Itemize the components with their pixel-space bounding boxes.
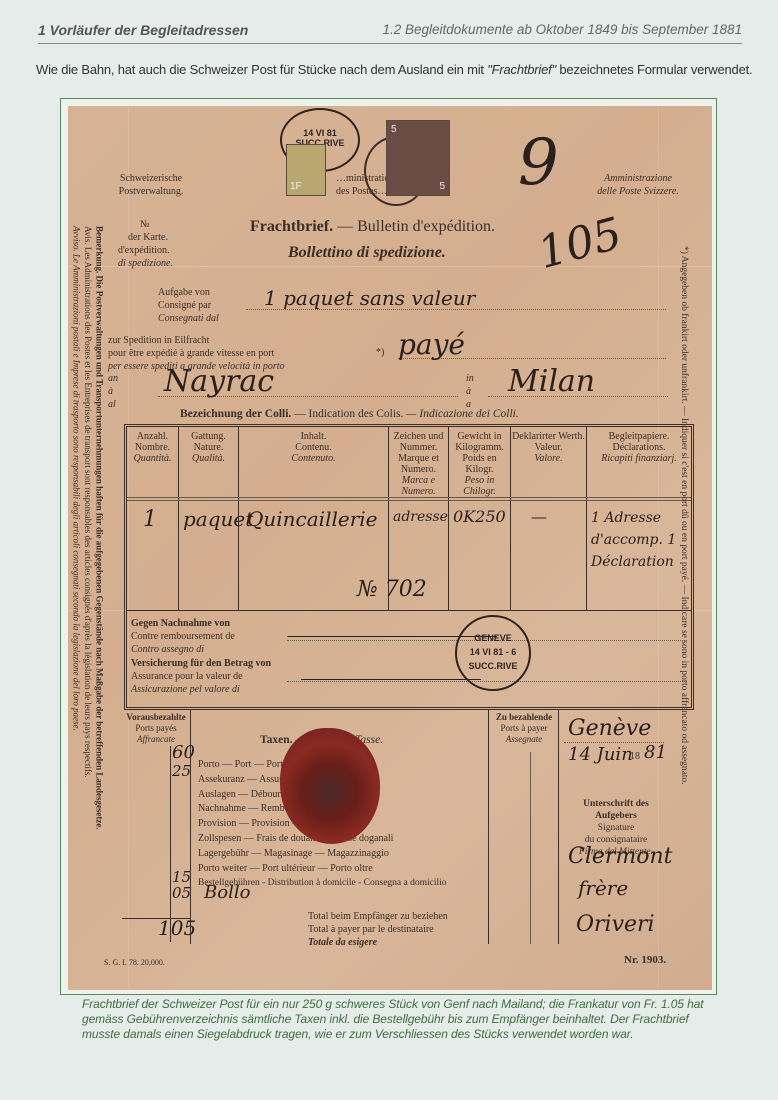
recipient-value: Nayrac <box>164 364 274 399</box>
cell-weight: 0K250 <box>453 507 506 526</box>
cell-mark: adresse <box>393 509 448 525</box>
place-value: Genève <box>568 716 651 741</box>
prepaid-porto: 60 <box>172 742 195 763</box>
card-number-label: № der Karte. d'expédition. di spedizione… <box>118 218 198 270</box>
admin-header-it: Amministrazione delle Poste Svizzere. <box>588 172 688 198</box>
signature-line-2: frère <box>578 876 628 900</box>
total-label: Total beim Empfänger zu beziehenTotal à … <box>308 910 448 949</box>
intro-text: Wie die Bahn, hat auch die Schweizer Pos… <box>36 62 756 77</box>
consigned-value: 1 paquet sans valeur <box>264 286 475 310</box>
cell-content: Quincaillerie <box>247 507 378 531</box>
handwritten-amount: 105 <box>533 208 627 279</box>
handwritten-number: 9 <box>518 126 559 200</box>
cell-value: — <box>531 507 547 526</box>
caption-text: Frachtbrief der Schweizer Post für ein n… <box>82 997 722 1042</box>
cell-quantity: 1 <box>143 507 157 532</box>
chapter-title: 1 Vorläufer der Begleitadressen <box>38 22 248 38</box>
bollo-note: Bollo <box>204 882 250 903</box>
cell-papers: 1 Adresse d'accomp. 1 Déclaration <box>591 507 687 573</box>
colli-heading: Bezeichnung der Colli. — Indication des … <box>180 408 519 420</box>
postmark-geneve: GENEVE 14 VI 81 - 6 SUCC.RIVE <box>455 615 531 691</box>
side-notice-left: Bemerkung. Die Postverwaltungen und Tran… <box>70 226 105 966</box>
signature-line-1: Clermont <box>568 844 673 869</box>
page-header: 1 Vorläufer der Begleitadressen 1.2 Begl… <box>38 22 742 44</box>
cod-label: Gegen Nachnahme vonContre remboursement … <box>131 617 235 656</box>
stamp-1-franc: 1F <box>286 144 326 196</box>
title-italian: Bollettino di spedizione. <box>288 244 446 262</box>
side-notice-right: *) Angegeben ob frankirt oder unfrankirt… <box>678 246 690 906</box>
prepaid-assurance: 25 <box>172 762 191 780</box>
year-value: 81 <box>644 742 667 763</box>
title-line: Frachtbrief. — Bulletin d'expédition. <box>250 218 495 236</box>
assign-label: Zu bezahlendePorts à payerAssegnate <box>490 712 558 745</box>
prepaid-label: VorausbezahltePorts payésAffrancate <box>122 712 190 745</box>
registration-number: № 702 <box>357 577 427 602</box>
date-value: 14 Juin <box>568 744 633 765</box>
destination-value: Milan <box>508 364 595 399</box>
shipping-value: payé <box>398 328 465 361</box>
consigned-label: Aufgabe von Consigné par Consegnati dal <box>158 286 219 325</box>
insurance-value-line <box>301 679 481 680</box>
prepaid-bollo: 05 <box>172 884 191 902</box>
section-title: 1.2 Begleitdokumente ab Oktober 1849 bis… <box>383 22 743 37</box>
stamp-5-centimes: 5 5 <box>386 120 450 196</box>
wax-seal <box>280 728 380 844</box>
prepaid-total: 105 <box>158 916 196 940</box>
signature-line-3: Oriveri <box>576 912 655 937</box>
admin-header-de: Schweizerische Postverwaltung. <box>106 172 196 198</box>
colli-table-box: Anzahl.Nombre.Quantità. Gattung.Nature.Q… <box>124 424 694 710</box>
insurance-label: Versicherung für den Betrag vonAssurance… <box>131 657 271 696</box>
cell-nature: paquet <box>183 507 253 531</box>
print-reference: S. G. I. 78. 20,000. <box>104 958 165 967</box>
colli-table: Anzahl.Nombre.Quantità. Gattung.Nature.Q… <box>127 427 691 611</box>
form-number: Nr. 1903. <box>624 954 666 966</box>
frachtbrief-document: Schweizerische Postverwaltung. …ministra… <box>68 106 712 990</box>
to-label: anàal <box>108 372 118 411</box>
in-label: inàa <box>466 372 474 411</box>
